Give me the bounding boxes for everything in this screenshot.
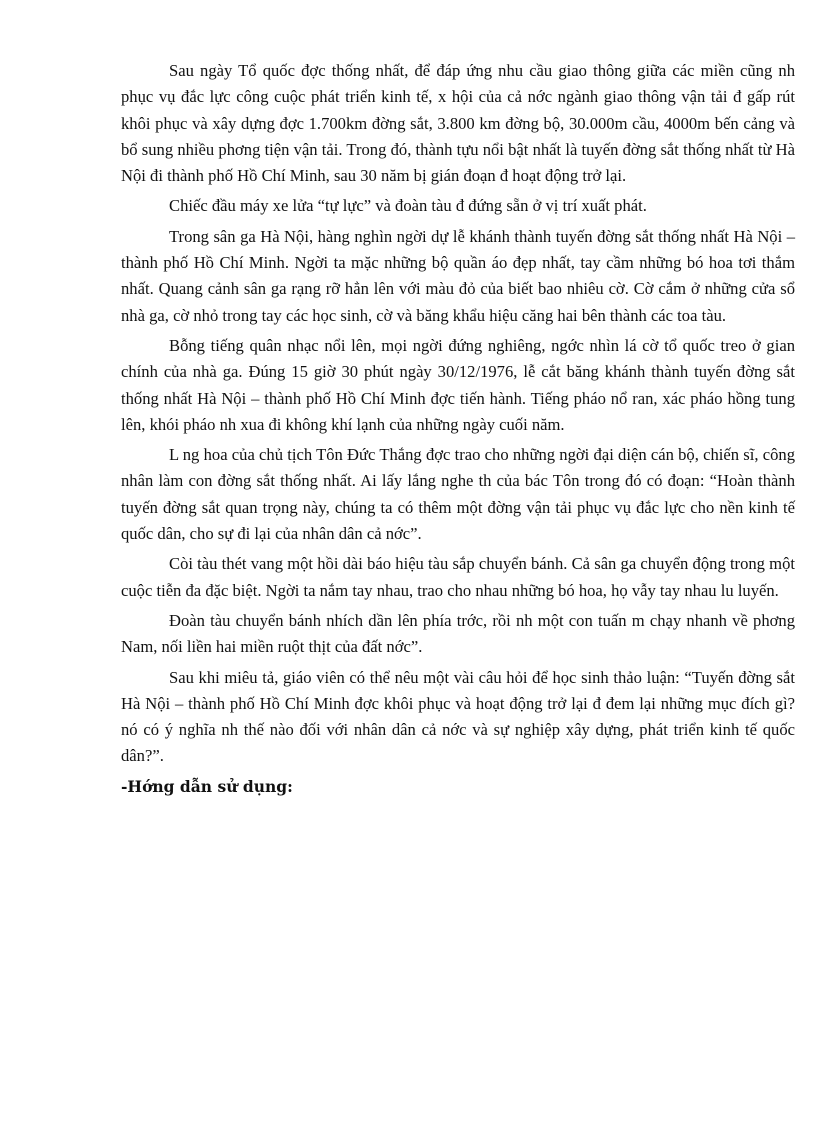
paragraph-ceremony: Bỗng tiếng quân nhạc nổi lên, mọi ngời đ… <box>121 333 795 438</box>
paragraph-locomotive: Chiếc đầu máy xe lửa “tự lực” và đoàn tà… <box>121 193 795 219</box>
paragraph-teacher-questions: Sau khi miêu tả, giáo viên có thể nêu mộ… <box>121 665 795 770</box>
section-heading-usage-guide: -Hớng dẫn sử dụng: <box>121 774 795 800</box>
paragraph-ton-duc-thang-letter: L ng hoa của chủ tịch Tôn Đức Thắng đợc … <box>121 442 795 547</box>
paragraph-hanoi-station: Trong sân ga Hà Nội, hàng nghìn ngời dự … <box>121 224 795 329</box>
paragraph-reunification-transport: Sau ngày Tổ quốc đợc thống nhất, để đáp … <box>121 58 795 189</box>
paragraph-train-whistle: Còi tàu thét vang một hồi dài báo hiệu t… <box>121 551 795 604</box>
document-page: Sau ngày Tổ quốc đợc thống nhất, để đáp … <box>121 58 795 800</box>
paragraph-train-departure: Đoàn tàu chuyển bánh nhích dần lên phía … <box>121 608 795 661</box>
